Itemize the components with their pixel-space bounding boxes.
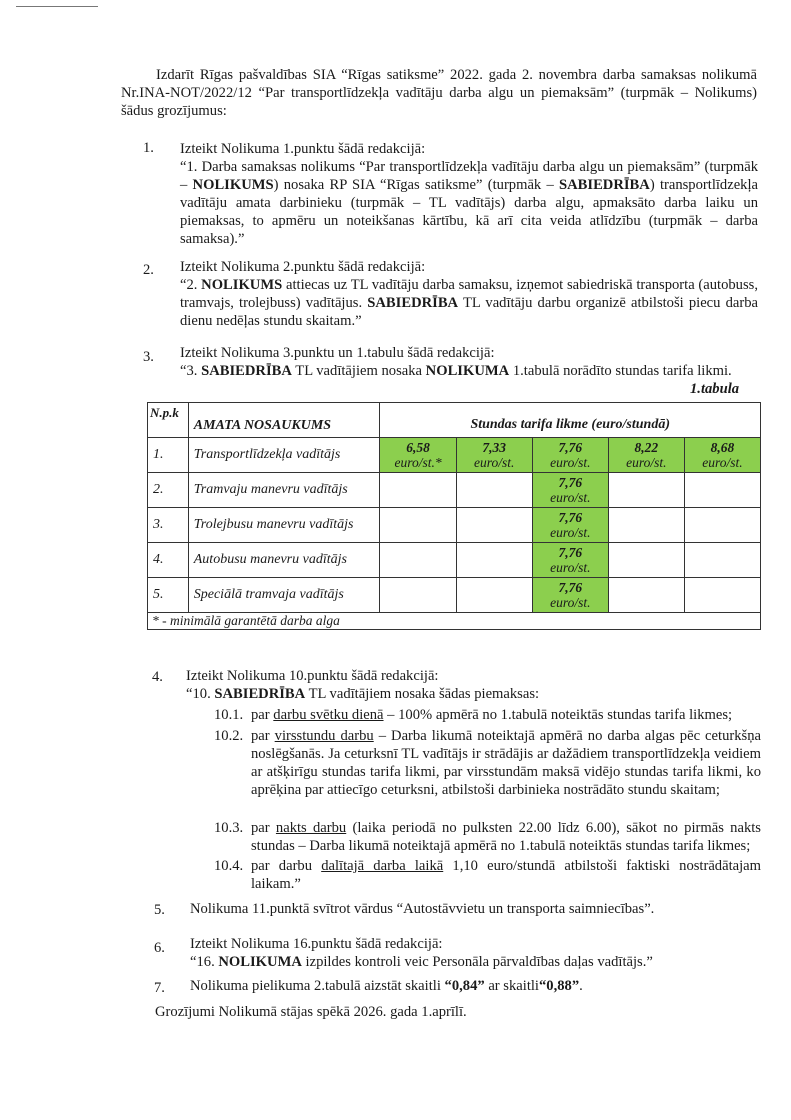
item-lead: Izteikt Nolikuma 3.punktu un 1.tabulu šā… bbox=[180, 344, 770, 362]
item-lead: Izteikt Nolikuma 16.punktu šādā redakcij… bbox=[190, 935, 768, 953]
rate-cell: 7,33euro/st. bbox=[456, 438, 532, 473]
table-footnote-row: * - minimālā garantētā darba alga bbox=[148, 613, 761, 630]
rate-cell bbox=[456, 508, 532, 543]
rate-cell bbox=[684, 473, 760, 508]
rate-cell: 8,22euro/st. bbox=[608, 438, 684, 473]
rate-cell bbox=[380, 543, 456, 578]
row-number: 3. bbox=[148, 508, 189, 543]
sub-point-number: 10.3. bbox=[214, 819, 243, 837]
item-text: ar skaitli bbox=[485, 978, 539, 994]
quote-text: “10. bbox=[186, 686, 214, 702]
rate-unit: euro/st. bbox=[550, 560, 590, 575]
rate-unit: euro/st. bbox=[626, 455, 666, 470]
amendment-item-5: Nolikuma 11.punktā svītrot vārdus “Autos… bbox=[190, 900, 768, 918]
rate-cell bbox=[684, 508, 760, 543]
table-footnote: * - minimālā garantētā darba alga bbox=[148, 613, 761, 630]
intro-paragraph: Izdarīt Rīgas pašvaldības SIA “Rīgas sat… bbox=[121, 66, 757, 120]
rate-cell: 7,76euro/st. bbox=[532, 438, 608, 473]
closing-statement: Grozījumi Nolikumā stājas spēkā 2026. ga… bbox=[155, 1003, 755, 1021]
rate-unit: euro/st. bbox=[550, 525, 590, 540]
sub-text: par darbu bbox=[251, 858, 321, 874]
sub-text: par bbox=[251, 820, 276, 836]
row-number: 4. bbox=[148, 543, 189, 578]
item-number: 7. bbox=[154, 980, 174, 997]
position-name: Speciālā tramvaja vadītājs bbox=[188, 578, 380, 613]
header-np: N.p.k bbox=[148, 403, 189, 438]
quote-text: izpildes kontroli veic Personāla pārvald… bbox=[302, 954, 653, 970]
row-number: 2. bbox=[148, 473, 189, 508]
rate-unit: euro/st. bbox=[474, 455, 514, 470]
position-name: Trolejbusu manevru vadītājs bbox=[188, 508, 380, 543]
scan-edge-line bbox=[16, 6, 98, 7]
sub-point-text: par darbu svētku dienā – 100% apmērā no … bbox=[251, 706, 761, 724]
rate-cell bbox=[456, 578, 532, 613]
sub-point-number: 10.2. bbox=[214, 727, 243, 745]
quote-text: “2. bbox=[180, 277, 201, 293]
row-number: 5. bbox=[148, 578, 189, 613]
rate-value: 7,76 bbox=[533, 580, 608, 595]
amendment-item-7: Nolikuma pielikuma 2.tabulā aizstāt skai… bbox=[190, 977, 768, 995]
item-quote: “2. NOLIKUMS attiecas uz TL vadītāju dar… bbox=[180, 276, 758, 330]
item-quote: “16. NOLIKUMA izpildes kontroli veic Per… bbox=[190, 953, 768, 971]
rate-value: 6,58 bbox=[380, 440, 455, 455]
rate-cell bbox=[380, 578, 456, 613]
item-number: 4. bbox=[152, 669, 172, 686]
intro-text: Izdarīt Rīgas pašvaldības SIA “Rīgas sat… bbox=[121, 67, 757, 119]
rate-cell bbox=[684, 543, 760, 578]
item-text: Nolikuma pielikuma 2.tabulā aizstāt skai… bbox=[190, 978, 445, 994]
table-header-row: N.p.k AMATA NOSAUKUMS Stundas tarifa lik… bbox=[148, 403, 761, 438]
item-text: . bbox=[579, 978, 583, 994]
bold-term: NOLIKUMS bbox=[193, 177, 274, 193]
item-number: 2. bbox=[143, 262, 163, 279]
row-number: 1. bbox=[148, 438, 189, 473]
rate-cell bbox=[456, 543, 532, 578]
quote-text: ) nosaka RP SIA “Rīgas satiksme” (turpmā… bbox=[274, 177, 559, 193]
bold-term: SABIEDRĪBA bbox=[559, 177, 650, 193]
item-quote: “3. SABIEDRĪBA TL vadītājiem nosaka NOLI… bbox=[180, 362, 770, 380]
rate-cell bbox=[380, 473, 456, 508]
item-lead: Izteikt Nolikuma 2.punktu šādā redakcijā… bbox=[180, 258, 758, 276]
rate-cell: 6,58euro/st.* bbox=[380, 438, 456, 473]
quote-text: TL vadītājiem nosaka bbox=[292, 363, 426, 379]
rate-unit: euro/st. bbox=[550, 455, 590, 470]
amendment-item-4: Izteikt Nolikuma 10.punktu šādā redakcij… bbox=[186, 667, 764, 703]
rate-value: 7,33 bbox=[457, 440, 532, 455]
sub-text: par bbox=[251, 728, 275, 744]
bold-term: SABIEDRĪBA bbox=[367, 295, 458, 311]
amendment-item-1: Izteikt Nolikuma 1.punktu šādā redakcijā… bbox=[180, 122, 758, 248]
rate-cell bbox=[608, 543, 684, 578]
amendment-item-3: Izteikt Nolikuma 3.punktu un 1.tabulu šā… bbox=[180, 344, 770, 380]
header-rate: Stundas tarifa likme (euro/stundā) bbox=[380, 403, 761, 438]
rate-unit: euro/st. bbox=[702, 455, 742, 470]
sub-point-text: par darbu dalītajā darba laikā 1,10 euro… bbox=[251, 857, 761, 893]
item-number: 5. bbox=[154, 902, 174, 919]
rate-unit: euro/st. bbox=[550, 595, 590, 610]
rate-cell: 7,76euro/st. bbox=[532, 543, 608, 578]
rate-unit: euro/st.* bbox=[394, 455, 441, 470]
sub-point-number: 10.1. bbox=[214, 706, 243, 724]
bold-term: SABIEDRĪBA bbox=[201, 363, 292, 379]
tariff-table: N.p.k AMATA NOSAUKUMS Stundas tarifa lik… bbox=[147, 402, 761, 630]
item-quote: “10. SABIEDRĪBA TL vadītājiem nosaka šād… bbox=[186, 685, 764, 703]
table-row: 3.Trolejbusu manevru vadītājs7,76euro/st… bbox=[148, 508, 761, 543]
rate-cell bbox=[380, 508, 456, 543]
item-number: 3. bbox=[143, 349, 163, 366]
table-caption: 1.tabula bbox=[690, 381, 739, 398]
bold-term: NOLIKUMA bbox=[218, 954, 302, 970]
rate-value: 8,68 bbox=[685, 440, 760, 455]
table-row: 4.Autobusu manevru vadītājs7,76euro/st. bbox=[148, 543, 761, 578]
rate-cell: 7,76euro/st. bbox=[532, 508, 608, 543]
rate-value: 7,76 bbox=[533, 545, 608, 560]
item-number: 6. bbox=[154, 940, 174, 957]
header-name: AMATA NOSAUKUMS bbox=[188, 403, 380, 438]
underlined-term: dalītajā darba laikā bbox=[321, 858, 443, 874]
bold-term: NOLIKUMA bbox=[426, 363, 510, 379]
table-row: 2.Tramvaju manevru vadītājs7,76euro/st. bbox=[148, 473, 761, 508]
quote-text: 1.tabulā norādīto stundas tarifa likmi. bbox=[509, 363, 732, 379]
sub-text: – 100% apmērā no 1.tabulā noteiktās stun… bbox=[384, 707, 733, 723]
amendment-item-6: Izteikt Nolikuma 16.punktu šādā redakcij… bbox=[190, 935, 768, 971]
table-row: 5.Speciālā tramvaja vadītājs7,76euro/st. bbox=[148, 578, 761, 613]
old-value: “0,84” bbox=[445, 978, 485, 994]
rate-value: 7,76 bbox=[533, 440, 608, 455]
item-quote: “1. Darba samaksas nolikums “Par transpo… bbox=[180, 158, 758, 248]
table-row: 1.Transportlīdzekļa vadītājs6,58euro/st.… bbox=[148, 438, 761, 473]
item-lead: Izteikt Nolikuma 10.punktu šādā redakcij… bbox=[186, 667, 764, 685]
underlined-term: darbu svētku dienā bbox=[273, 707, 383, 723]
rate-unit: euro/st. bbox=[550, 490, 590, 505]
rate-value: 8,22 bbox=[609, 440, 684, 455]
amendment-item-2: Izteikt Nolikuma 2.punktu šādā redakcijā… bbox=[180, 258, 758, 330]
quote-text: TL vadītājiem nosaka šādas piemaksas: bbox=[305, 686, 539, 702]
rate-value: 7,76 bbox=[533, 475, 608, 490]
rate-value: 7,76 bbox=[533, 510, 608, 525]
rate-cell bbox=[456, 473, 532, 508]
quote-text: “3. bbox=[180, 363, 201, 379]
sub-point-text: par nakts darbu (laika periodā no pulkst… bbox=[251, 819, 761, 855]
item-number: 1. bbox=[143, 140, 163, 157]
rate-cell: 7,76euro/st. bbox=[532, 473, 608, 508]
sub-text: par bbox=[251, 707, 273, 723]
rate-cell: 7,76euro/st. bbox=[532, 578, 608, 613]
underlined-term: nakts darbu bbox=[276, 820, 346, 836]
bold-term: NOLIKUMS bbox=[201, 277, 282, 293]
position-name: Autobusu manevru vadītājs bbox=[188, 543, 380, 578]
rate-cell: 8,68euro/st. bbox=[684, 438, 760, 473]
item-lead: Izteikt Nolikuma 1.punktu šādā redakcijā… bbox=[180, 140, 758, 158]
rate-cell bbox=[608, 508, 684, 543]
position-name: Transportlīdzekļa vadītājs bbox=[188, 438, 380, 473]
sub-point-number: 10.4. bbox=[214, 857, 243, 875]
rate-cell bbox=[608, 578, 684, 613]
underlined-term: virsstundu darbu bbox=[275, 728, 374, 744]
rate-cell bbox=[684, 578, 760, 613]
position-name: Tramvaju manevru vadītājs bbox=[188, 473, 380, 508]
bold-term: SABIEDRĪBA bbox=[214, 686, 305, 702]
sub-point-text: par virsstundu darbu – Darba likumā note… bbox=[251, 727, 761, 799]
quote-text: “16. bbox=[190, 954, 218, 970]
rate-cell bbox=[608, 473, 684, 508]
new-value: “0,88” bbox=[539, 978, 579, 994]
